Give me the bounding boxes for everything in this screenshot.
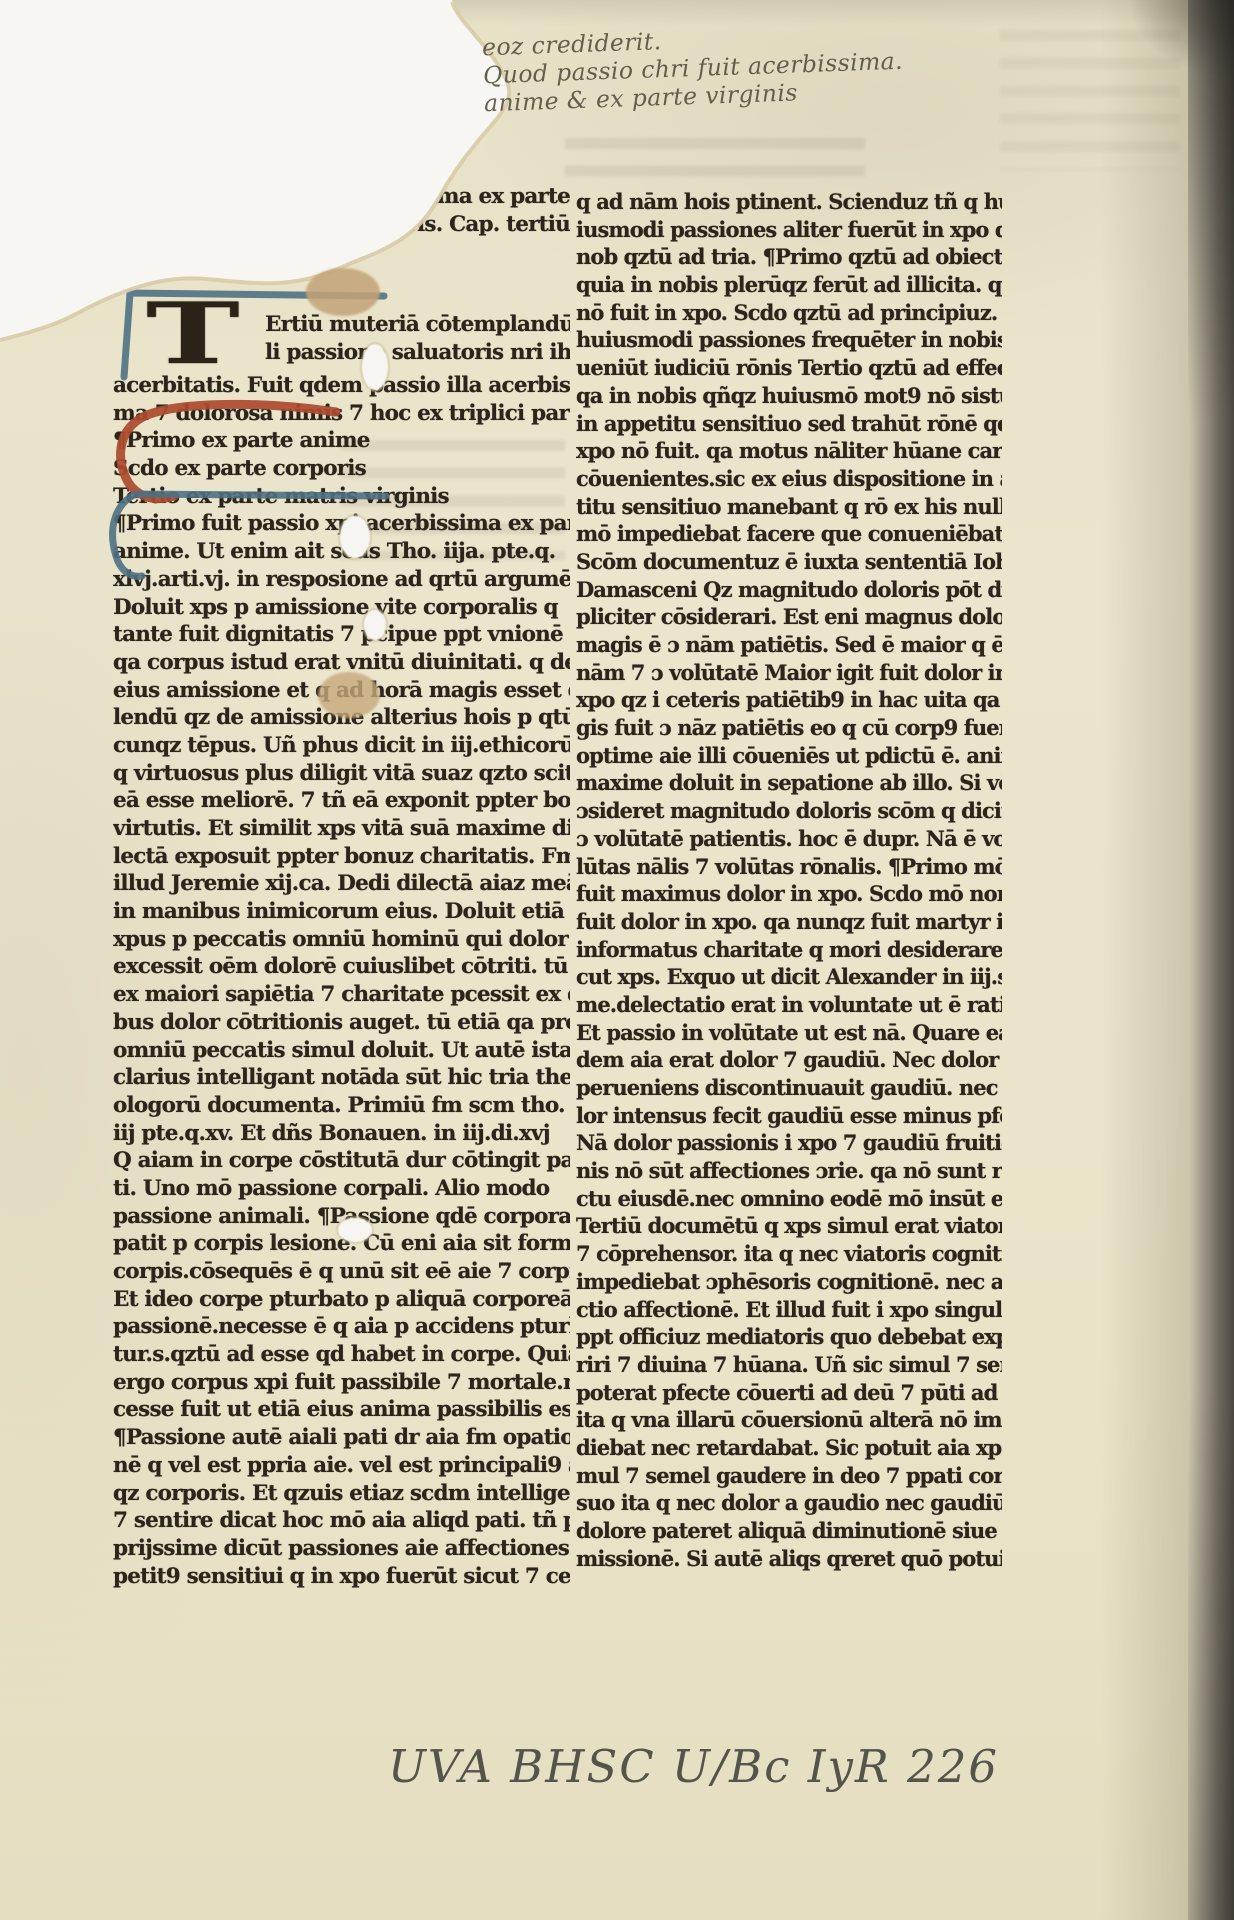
text-line: maxime doluit in sepatione ab illo. Si v…: [576, 769, 1002, 797]
text-line: in manibus inimicorum eius. Doluit etiā: [113, 898, 570, 926]
text-line: poterat pfecte cōuerti ad deū 7 pūti ad …: [576, 1379, 1002, 1407]
paper-hole: [340, 516, 370, 558]
text-line: iusmodi passiones aliter fuerūt in xpo q…: [576, 216, 1002, 244]
text-line: lūtas nālis 7 volūtas rōnalis. ¶Primo mō: [576, 853, 1002, 881]
text-line: missionē. Si autē aliqs qreret quō potui…: [576, 1545, 1002, 1573]
text-line: Damasceni Qz magnitudo doloris pōt du: [576, 576, 1002, 604]
text-line: ueniūt iudiciū rōnis Tertio qztū ad effe…: [576, 354, 1002, 382]
text-line: fuit dolor in xpo. qa nunqz fuit martyr …: [576, 908, 1002, 936]
text-line: xpus p peccatis omniū hominū qui dolor: [113, 926, 570, 954]
text-line: diebat nec retardabat. Sic potuit aia xp…: [576, 1434, 1002, 1462]
text-line: Tertiū documētū q xps simul erat viator: [576, 1212, 1002, 1240]
text-line: Scōm documentuz ē iuxta sententiā Iohis: [576, 548, 1002, 576]
text-line: illud Jeremie xij.ca. Dedi dilectā aiaz …: [113, 870, 570, 898]
text-line: tur.s.qztū ad esse qd habet in corpe. Qu…: [113, 1341, 570, 1369]
text-line: Nā dolor passionis i xpo 7 gaudiū fruiti…: [576, 1129, 1002, 1157]
text-line: ¶Primo ex parte anime: [113, 427, 570, 455]
text-line: li passione saluatoris nri ihu xpi dicit: [265, 339, 570, 367]
text-line: gis fuit ɔ nāz patiētis eo q cū corp9 fu…: [576, 714, 1002, 742]
text-line: nām 7 ɔ volūtatē Maior igit fuit dolor i…: [576, 659, 1002, 687]
text-line: xlvj.arti.vj. in resposione ad qrtū argu…: [113, 566, 570, 594]
text-line: passionē.necesse ē q aia p accidens ptur…: [113, 1313, 570, 1341]
text-line: Et ideo corpe pturbato p aliquā corporeā: [113, 1286, 570, 1314]
text-line: cesse fuit ut etiā eius anima passibilis…: [113, 1396, 570, 1424]
text-line: ologorū documenta. Primiū fm scm tho.: [113, 1092, 570, 1120]
text-line: ppt officiuz mediatoris quo debebat expe: [576, 1323, 1002, 1351]
paper-hole: [364, 610, 386, 640]
text-line: ɔsideret magnitudo doloris scōm q dicit: [576, 797, 1002, 825]
text-line: pliciter cōsiderari. Est eni magnus dolo…: [576, 603, 1002, 631]
text-line: petit9 sensitiui q in xpo fuerūt sicut 7…: [113, 1563, 570, 1591]
text-line: ex maiori sapiētia 7 charitate pcessit e…: [113, 981, 570, 1009]
text-line: iij pte.q.xv. Et dñs Bonauen. in iij.di.…: [113, 1120, 570, 1148]
text-line: perueniens discontinuauit gaudiū. nec do: [576, 1074, 1002, 1102]
text-line: titu sensitiuo manebant q rō ex his null…: [576, 493, 1002, 521]
text-line: dem aia erat dolor 7 gaudiū. Nec dolor s…: [576, 1046, 1002, 1074]
corner-shadow: [1084, 0, 1234, 110]
text-line: Ertiū muteriā cōtemplandū de flebi: [265, 311, 570, 339]
text-line: Scdo ex parte corporis: [113, 455, 570, 483]
text-line: optime aie illi cōueniēs ut pdictū ē. an…: [576, 742, 1002, 770]
text-line: mō impediebat facere que conueniēbat.: [576, 520, 1002, 548]
ghost-showthrough: [565, 138, 865, 186]
text-line: clarius intelligant notāda sūt hic tria …: [113, 1064, 570, 1092]
text-line: nob qztū ad tria. ¶Primo qztū ad obiectū…: [576, 243, 1002, 271]
text-line: bus dolor cōtritionis auget. tū etiā qa …: [113, 1009, 570, 1037]
paper-hole: [338, 1218, 372, 1242]
text-line: lectā exposuit ppter bonuz charitatis. F…: [113, 843, 570, 871]
scan-top-shadow: [0, 0, 1234, 26]
text-line: xpo qz i ceteris patiētib9 in hac uita q…: [576, 686, 1002, 714]
text-line: in appetitu sensitiuo sed trahūt rōnē qd…: [576, 410, 1002, 438]
text-line: tante fuit dignitatis 7 pcipue ppt vnion…: [113, 621, 570, 649]
text-line: corpis.cōsequēs ē q unū sit eē aie 7 cor…: [113, 1258, 570, 1286]
text-line: cōuenientes.sic ex eius dispositione in …: [576, 465, 1002, 493]
left-column-fragments: erbissima ex parteus matris. Cap. tertiū: [113, 183, 570, 238]
text-line: nō fuit in xpo. Scdo qztū ad principiuz.…: [576, 299, 1002, 327]
text-line: ti. Uno mō passione corpali. Alio modo: [113, 1175, 570, 1203]
text-line: qz corporis. Et qzuis etiaz scdm intelli…: [113, 1480, 570, 1508]
decorated-initial-letter: T: [146, 294, 240, 374]
manuscript-annotation: eoz crediderit.Quod passio chri fuit ace…: [482, 19, 905, 118]
text-line: fuit maximus dolor in xpo. Scdo mō non: [576, 880, 1002, 908]
text-line: ergo corpus xpi fuit passibile 7 mortale…: [113, 1369, 570, 1397]
repair-patch: [306, 268, 380, 316]
text-line: xpo nō fuit. qa motus nāliter hūane carn…: [576, 437, 1002, 465]
text-line: excessit oēm dolorē cuiuslibet cōtriti. …: [113, 953, 570, 981]
text-line: suo ita q nec dolor a gaudio nec gaudiūz…: [576, 1489, 1002, 1517]
paper-hole: [362, 344, 388, 390]
left-column-body: acerbitatis. Fuit qdem passio illa acerb…: [113, 372, 570, 1590]
text-line: impediebat ɔphēsoris cognitionē. nec aff…: [576, 1268, 1002, 1296]
text-line: huiusmodi passiones frequēter in nobis p: [576, 326, 1002, 354]
fragment-line: us matris. Cap. tertiū: [113, 211, 570, 239]
text-line: riri 7 diuina 7 hūana. Uñ sic simul 7 se…: [576, 1351, 1002, 1379]
text-line: omniū peccatis simul doluit. Ut autē ist…: [113, 1037, 570, 1065]
text-line: Et passio in volūtate ut est nā. Quare e…: [576, 1019, 1002, 1047]
text-line: ita q vna illarū cōuersionū alterā nō im…: [576, 1406, 1002, 1434]
text-line: Doluit xps p amissione vite corporalis q: [113, 594, 570, 622]
scanned-book-page: erbissima ex parteus matris. Cap. tertiū…: [0, 0, 1234, 1920]
text-line: q virtuosus plus diligit vitā suaz qzto …: [113, 760, 570, 788]
text-line: dolore pateret aliquā diminutionē siue r…: [576, 1517, 1002, 1545]
shelfmark: UVA BHSC U/Bc IyR 226: [388, 1740, 999, 1793]
text-line: magis ē ɔ nām patiētis. Sed ē maior q ē …: [576, 631, 1002, 659]
text-line: ctio affectionē. Et illud fuit i xpo sin…: [576, 1296, 1002, 1324]
text-line: ma 7 dolorosa nimis 7 hoc ex triplici pa…: [113, 400, 570, 428]
text-line: lor intensus fecit gaudiū esse minus pfe…: [576, 1102, 1002, 1130]
text-line: ¶Passione autē aiali pati dr aia fm opat…: [113, 1424, 570, 1452]
text-line: quia in nobis plerūqz ferūt ad illicita.…: [576, 271, 1002, 299]
text-line: informatus charitate q mori desideraret …: [576, 936, 1002, 964]
text-line: Tertio ex parte matris virginis: [113, 483, 570, 511]
right-column: q ad nām hois ptinent. Scienduz tñ q hui…: [576, 188, 1002, 1588]
text-line: mul 7 semel gaudere in deo 7 ppati corpo…: [576, 1462, 1002, 1490]
fragment-line: erbissima ex parte: [113, 183, 570, 211]
text-line: cut xps. Exquo ut dicit Alexander in iij…: [576, 963, 1002, 991]
text-line: nē q vel est ppria aie. vel est principa…: [113, 1452, 570, 1480]
text-line: 7 cōprehensor. ita q nec viatoris cognit…: [576, 1240, 1002, 1268]
text-line: cunqz tēpus. Uñ phus dicit in iij.ethico…: [113, 732, 570, 760]
text-line: virtutis. Et similit xps vitā suā maxime…: [113, 815, 570, 843]
repair-patch: [318, 672, 380, 718]
book-edge-shadow: [1188, 0, 1234, 1920]
text-line: qa in nobis qñqz huiusmō mot9 nō sistūt: [576, 382, 1002, 410]
text-line: eā esse meliorē. 7 tñ eā exponit ppter b…: [113, 787, 570, 815]
text-line: nis nō sūt affectiones ɔrie. qa nō sunt …: [576, 1157, 1002, 1185]
text-line: q ad nām hois ptinent. Scienduz tñ q hu: [576, 188, 1002, 216]
page-curvature-shadow: [1100, 0, 1190, 1920]
text-line: Q aiam in corpe cōstitutā dur cōtingit p…: [113, 1147, 570, 1175]
text-line: 7 sentire dicat hoc mō aia aliqd pati. t…: [113, 1507, 570, 1535]
left-column: erbissima ex parteus matris. Cap. tertiū…: [113, 183, 570, 1603]
text-line: prijssime dicūt passiones aie affectione…: [113, 1535, 570, 1563]
text-line: ctu eiusdē.nec omnino eodē mō insūt eidē…: [576, 1185, 1002, 1213]
text-line: me.delectatio erat in voluntate ut ē rat…: [576, 991, 1002, 1019]
text-line: ɔ volūtatē patientis. hoc ē dupr. Nā ē v…: [576, 825, 1002, 853]
